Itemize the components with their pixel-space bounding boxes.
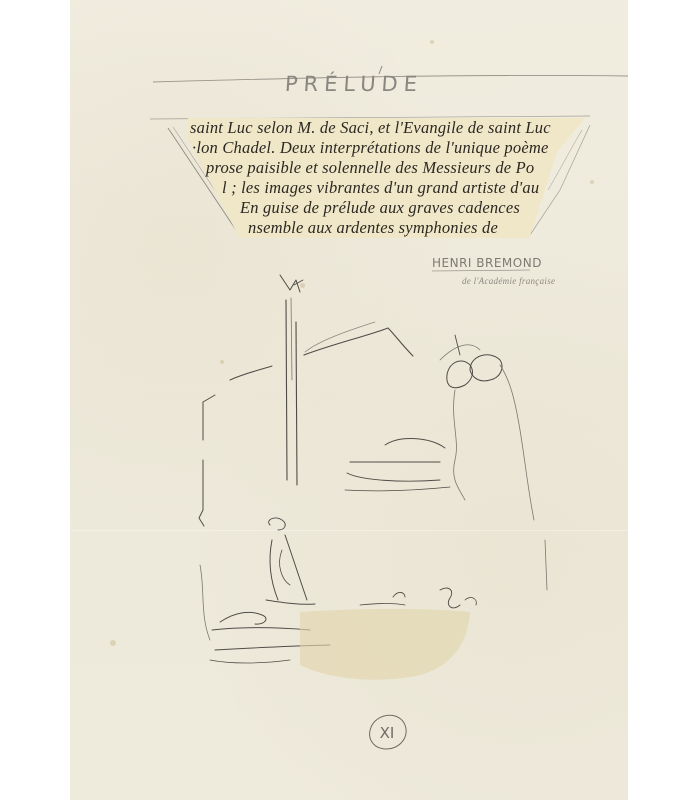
plate-number: XI: [366, 718, 408, 748]
pencil-sketch-illustration: [0, 0, 700, 800]
